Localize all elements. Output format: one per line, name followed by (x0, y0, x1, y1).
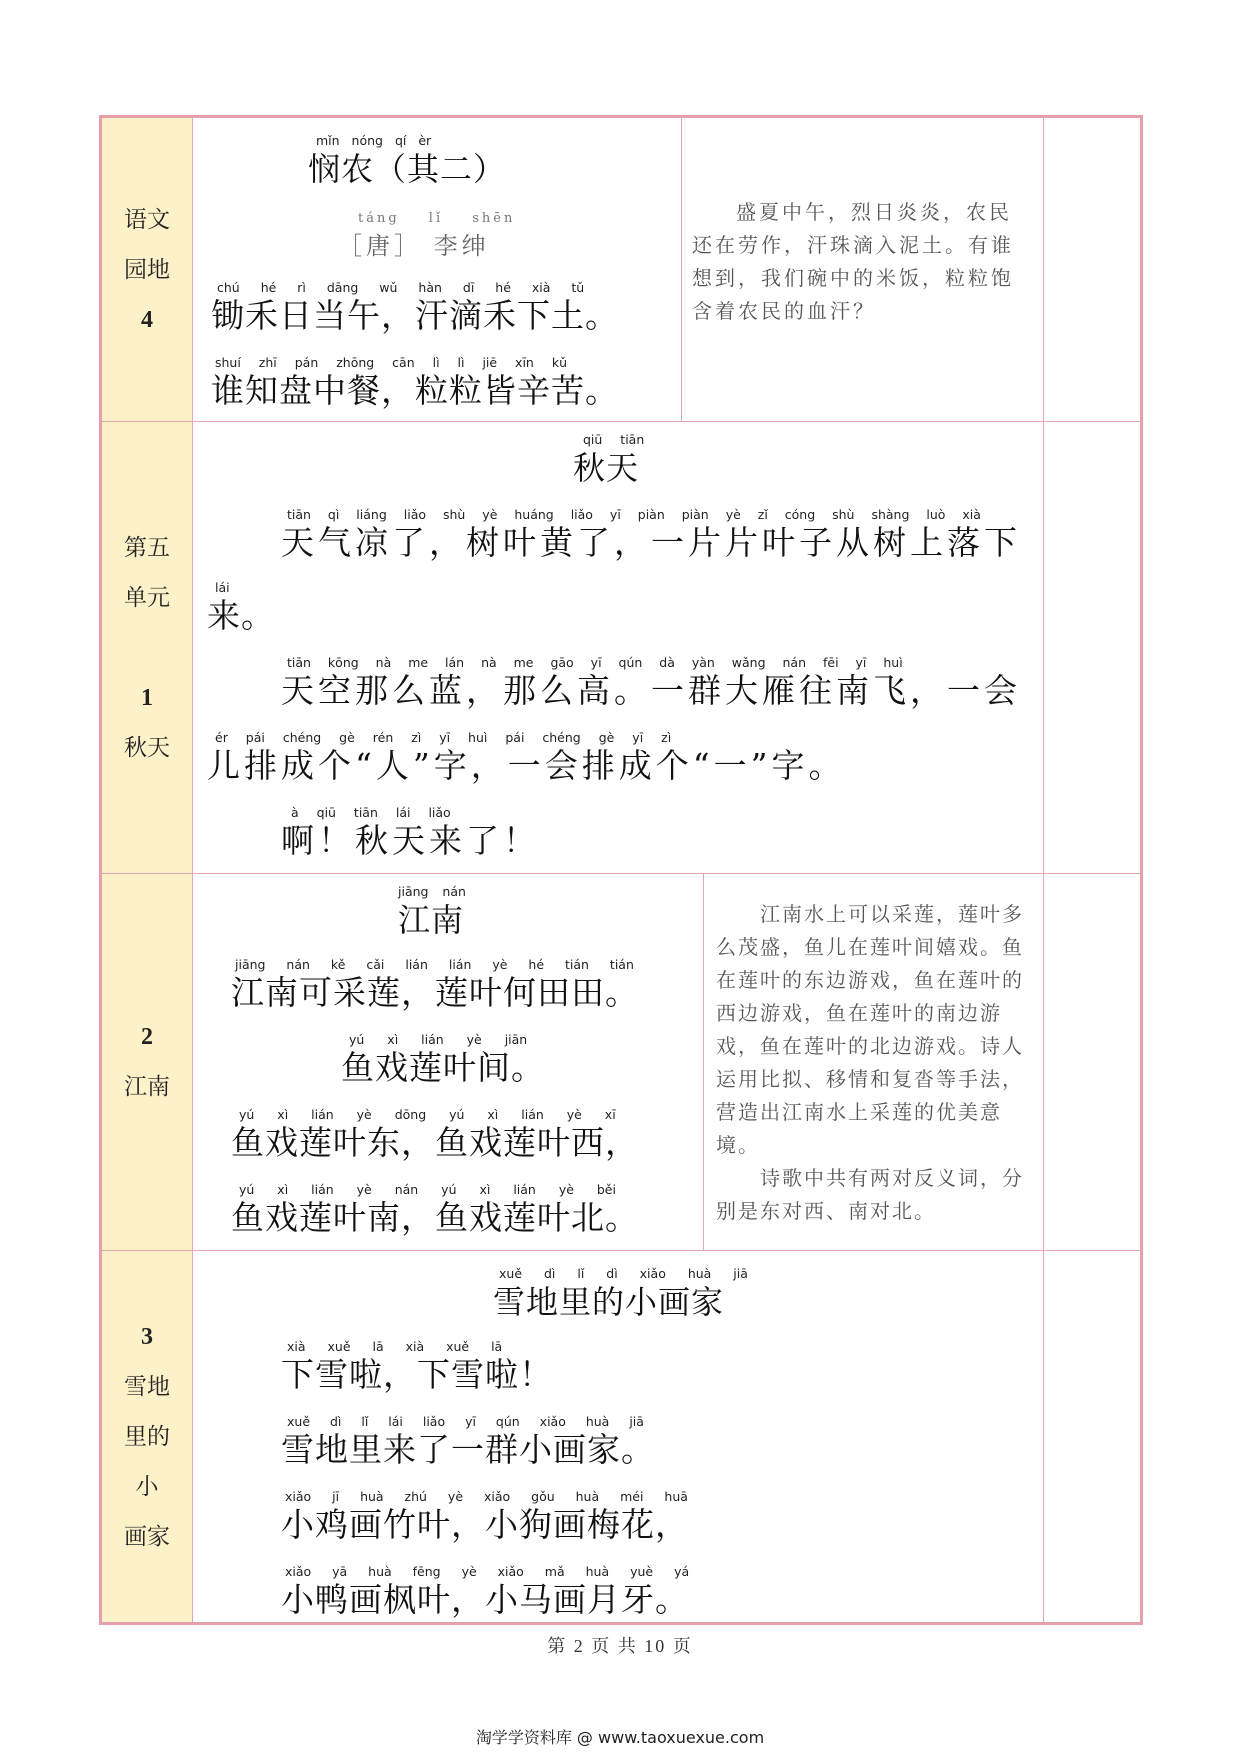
line-pinyin: yú xì lián yè jiān (341, 1032, 545, 1048)
line-pinyin: xià xuě lā xià xuě lā (281, 1339, 553, 1355)
line-pinyin: shuí zhī pán zhōng cān lì lì jiē xīn kǔ (211, 355, 619, 371)
poem-line: 锄禾日当午，汗滴禾下土。 (211, 296, 619, 336)
line-pinyin: tiān kōng nà me lán nà me gāo yī qún dà … (281, 655, 1021, 671)
label-line: 小 (136, 1462, 159, 1512)
label-line: 单元 (124, 573, 170, 623)
row-label: 3 雪地 里的 小 画家 (102, 1251, 193, 1622)
poem-line: 鱼戏莲叶东，鱼戏莲叶西， (231, 1123, 639, 1163)
text-line: 天气凉了，树叶黄了，一片片叶子从树上落下 (281, 523, 1021, 563)
row-min-nong: 语文 园地 4 mǐn nóng qí èr 悯农（其二） táng lǐ sh… (102, 118, 1140, 421)
text-line: 啊！秋天来了！ (281, 821, 540, 861)
text-cell: qiū tiān 秋天 tiān qì liáng liǎo shù yè hu… (193, 422, 1043, 873)
poem-title: 悯农（其二） (308, 149, 506, 189)
line-pinyin: à qiū tiān lái liǎo (281, 805, 540, 821)
note-cell: 江南水上可以采莲，莲叶多么茂盛，鱼儿在莲叶间嬉戏。鱼在莲叶的东边游戏，鱼在莲叶的… (703, 874, 1043, 1250)
row-jiang-nan: 2 江南 jiāng nán 江南 jiāng nán kě cǎi lián … (102, 873, 1140, 1250)
blank-cell (1043, 118, 1140, 421)
title-pinyin: mǐn nóng qí èr (308, 133, 506, 149)
label-line: 园地 (124, 245, 170, 295)
text-title: 秋天 (573, 448, 644, 488)
lesson-table: 语文 园地 4 mǐn nóng qí èr 悯农（其二） táng lǐ sh… (99, 115, 1143, 1625)
text-line: 天空那么蓝，那么高。一群大雁往南飞，一会 (281, 671, 1021, 711)
row-label: 2 江南 (102, 874, 193, 1250)
poem-line: 谁知盘中餐，粒粒皆辛苦。 (211, 371, 619, 411)
author-pinyin: táng lǐ shēn (338, 211, 515, 226)
text-line: 雪地里来了一群小画家。 (281, 1430, 655, 1470)
row-qiu-tian: 第五 单元 1 秋天 qiū tiān 秋天 tiān qì liáng liǎ… (102, 421, 1140, 873)
watermark: 淘学学资料库 @ www.taoxuexue.com (0, 1725, 1240, 1748)
line-pinyin: xiǎo jī huà zhú yè xiǎo gǒu huà méi huā (281, 1489, 689, 1505)
line-pinyin: tiān qì liáng liǎo shù yè huáng liǎo yī … (281, 507, 1021, 523)
note-paragraph: 诗歌中共有两对反义词，分别是东对西、南对北。 (716, 1162, 1033, 1228)
line-pinyin: chú hé rì dāng wǔ hàn dī hé xià tǔ (211, 280, 619, 296)
poem-cell: jiāng nán 江南 jiāng nán kě cǎi lián lián … (193, 874, 703, 1250)
label-line: 里的 (124, 1412, 170, 1462)
row-label: 第五 单元 1 秋天 (102, 422, 193, 873)
title-pinyin: xuě dì lǐ dì xiǎo huà jiā (493, 1266, 748, 1282)
text-line: 儿排成个“人”字，一会排成个“一”字。 (207, 746, 845, 786)
poem-cell: mǐn nóng qí èr 悯农（其二） táng lǐ shēn ［唐］ 李… (193, 118, 681, 421)
text-line: 来。 (207, 596, 275, 636)
poem-line: 江南可采莲，莲叶何田田。 (231, 973, 639, 1013)
line-pinyin: xiǎo yā huà fēng yè xiǎo mǎ huà yuè yá (281, 1564, 689, 1580)
title-pinyin: qiū tiān (573, 432, 644, 448)
label-number: 4 (141, 295, 153, 345)
label-number: 3 (141, 1312, 153, 1362)
note-paragraph: 江南水上可以采莲，莲叶多么茂盛，鱼儿在莲叶间嬉戏。鱼在莲叶的东边游戏，鱼在莲叶的… (716, 898, 1033, 1162)
title-pinyin: jiāng nán (398, 884, 466, 900)
row-label: 语文 园地 4 (102, 118, 193, 421)
label-number: 2 (141, 1012, 153, 1062)
blank-cell (1043, 874, 1140, 1250)
line-pinyin: yú xì lián yè nán yú xì lián yè běi (231, 1182, 639, 1198)
blank-cell (1043, 1251, 1140, 1622)
text-title: 雪地里的小画家 (493, 1282, 748, 1322)
label-line: 画家 (124, 1512, 170, 1562)
page-number: 第 2 页 共 10 页 (0, 1632, 1240, 1658)
blank-cell (1043, 422, 1140, 873)
line-pinyin: lái (207, 580, 275, 596)
note-cell: 盛夏中午，烈日炎炎，农民还在劳作，汗珠滴入泥土。有谁想到，我们碗中的米饭，粒粒饱… (681, 118, 1043, 421)
text-line: 小鸭画枫叶，小马画月牙。 (281, 1580, 689, 1620)
line-pinyin: yú xì lián yè dōng yú xì lián yè xī (231, 1107, 639, 1123)
text-line: 下雪啦，下雪啦！ (281, 1355, 553, 1395)
label-number: 1 (141, 673, 153, 723)
line-pinyin: xuě dì lǐ lái liǎo yī qún xiǎo huà jiā (281, 1414, 655, 1430)
label-line: 第五 (124, 523, 170, 573)
label-line: 秋天 (124, 723, 170, 773)
line-pinyin: jiāng nán kě cǎi lián lián yè hé tián ti… (231, 957, 639, 973)
label-line: 语文 (124, 195, 170, 245)
poem-author: ［唐］ 李绅 (338, 226, 515, 261)
label-line: 雪地 (124, 1362, 170, 1412)
label-line: 江南 (124, 1062, 170, 1112)
poem-line: 鱼戏莲叶间。 (341, 1048, 545, 1088)
poem-line: 鱼戏莲叶南，鱼戏莲叶北。 (231, 1198, 639, 1238)
note-paragraph: 盛夏中午，烈日炎炎，农民还在劳作，汗珠滴入泥土。有谁想到，我们碗中的米饭，粒粒饱… (692, 196, 1033, 328)
row-xue-di: 3 雪地 里的 小 画家 xuě dì lǐ dì xiǎo huà jiā 雪… (102, 1250, 1140, 1622)
text-cell: xuě dì lǐ dì xiǎo huà jiā 雪地里的小画家 xià xu… (193, 1251, 1043, 1622)
line-pinyin: ér pái chéng gè rén zì yī huì pái chéng … (207, 730, 845, 746)
poem-title: 江南 (398, 900, 466, 940)
text-line: 小鸡画竹叶，小狗画梅花， (281, 1505, 689, 1545)
